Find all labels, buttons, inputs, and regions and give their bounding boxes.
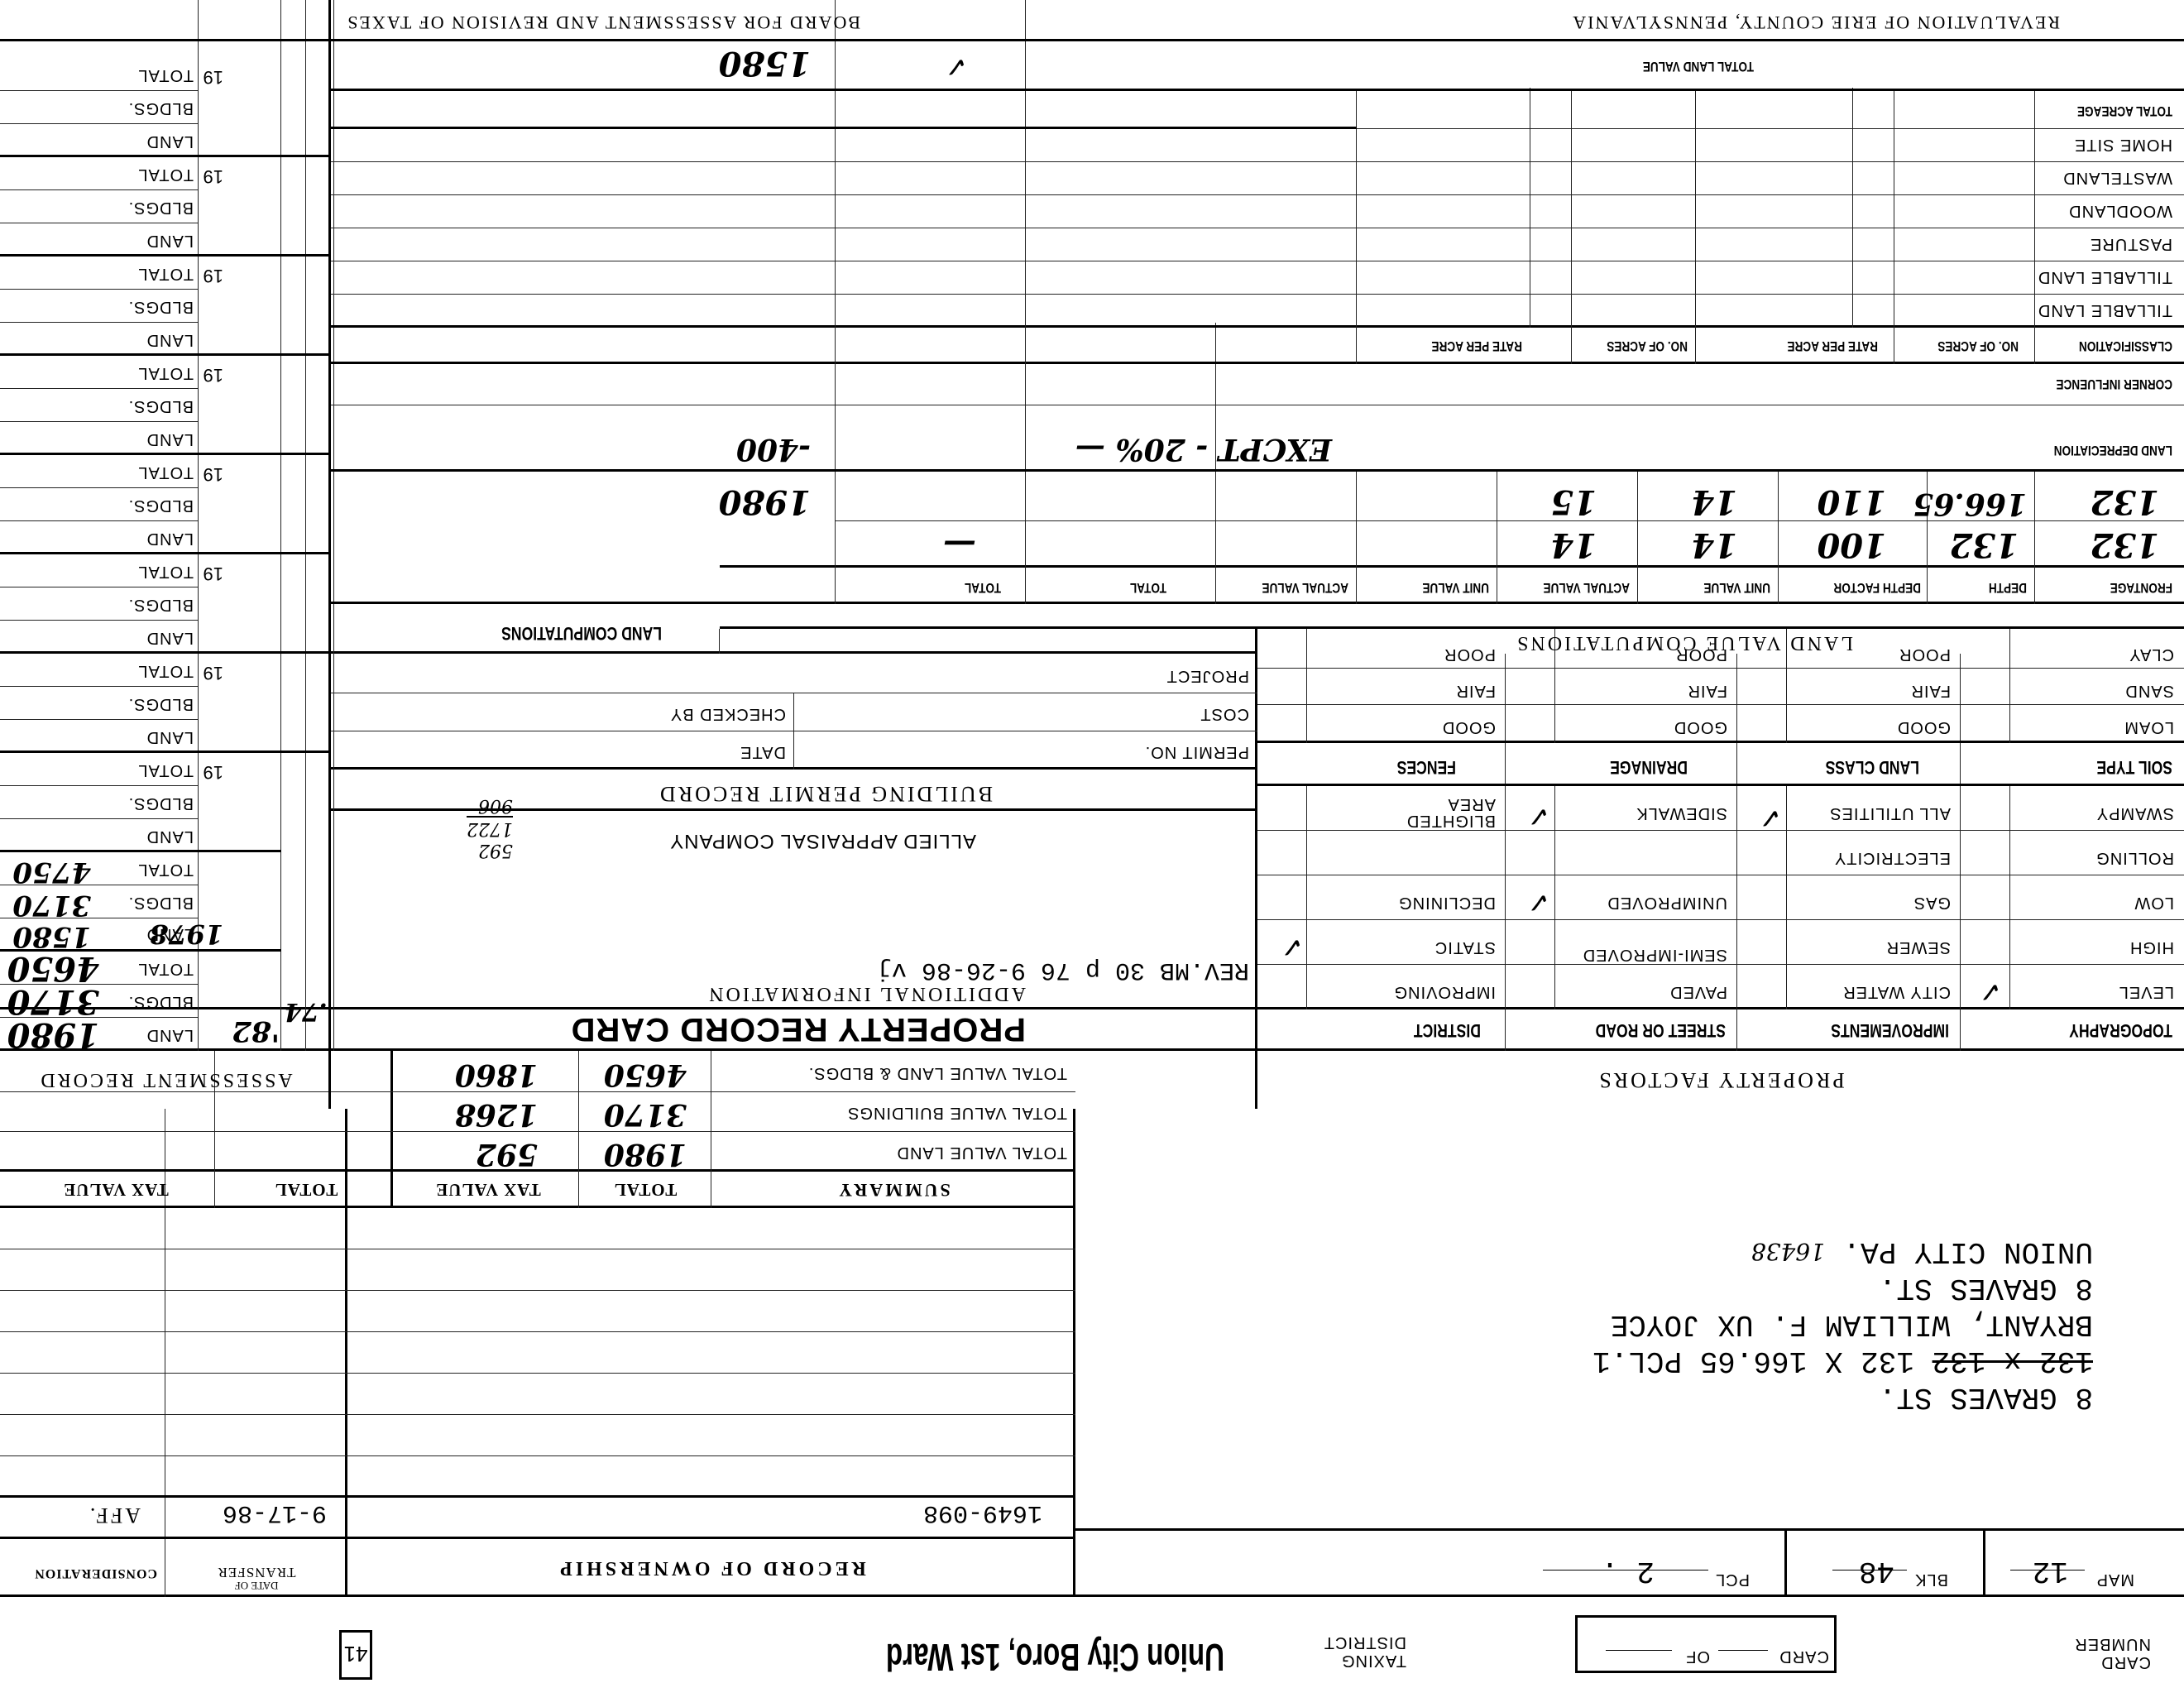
building-permit-title: BUILDING PERMIT RECORD: [658, 781, 993, 806]
pf-fences-good[interactable]: GOOD: [1442, 717, 1496, 736]
blk-label: BLK: [1914, 1570, 1948, 1589]
pf-header-drainage: DRAINAGE: [1610, 756, 1688, 778]
pf-improving[interactable]: IMPROVING: [1394, 982, 1496, 1001]
total-land-value-check-icon: ✓: [945, 50, 969, 83]
assessment-total-0: 4650: [7, 949, 99, 988]
pf-loam[interactable]: LOAM: [2124, 717, 2174, 736]
summary-row-land-total: 1980: [604, 1137, 687, 1172]
mailing-city: UNION CITY PA. 16438: [1592, 1233, 2093, 1269]
assessment-record-title-wrap: ASSESSMENT RECORD: [0, 1051, 331, 1109]
lc-header-total-2: TOTAL: [965, 579, 1001, 596]
mailing-city-text: UNION CITY PA.: [1843, 1235, 2093, 1268]
pf-unimproved[interactable]: UNIMPROVED: [1607, 893, 1727, 912]
classification-label: CLASSIFICATION: [2079, 338, 2172, 354]
pf-low[interactable]: LOW: [2134, 893, 2174, 912]
revaluation-header: REVALUATION OF ERIE COUNTY, PENNSYLVANIA: [1571, 12, 2060, 33]
additional-info-line: REV.MB 30 p 76 9-26-86 vj: [877, 952, 1249, 988]
pf-swampy[interactable]: SWAMPY: [2096, 803, 2174, 822]
map-value: 12: [2033, 1552, 2068, 1589]
card-of-box[interactable]: CARD OF: [1575, 1615, 1837, 1673]
pf-land-class-fair[interactable]: FAIR: [1911, 681, 1951, 700]
pf-header-fences: FENCES: [1397, 756, 1456, 778]
assessment-label-bldgs: BLDGS.: [128, 992, 194, 1011]
address-line-2-struck: 132 x 132: [1933, 1344, 2093, 1378]
assessment-label-total-1: TOTAL: [137, 860, 194, 879]
assessment-year-1: 1978: [199, 920, 223, 948]
assessment-label-land-1: LAND: [146, 924, 194, 943]
assessment-side-note-0: .74: [285, 997, 328, 1026]
cost-label: COST: [1200, 704, 1249, 723]
consideration-header: CONSIDERATION: [34, 1566, 157, 1580]
lc-row0-actual-value: 14: [1550, 525, 1597, 564]
acreage-table: CLASSIFICATION NO. OF ACRES RATE PER ACR…: [331, 0, 2184, 364]
land-computation-table: FRONTAGE DEPTH DEPTH FACTOR UNIT VALUE A…: [331, 323, 2184, 604]
address-line-2: 132 x 132 132 X 166.65 PCL.1: [1592, 1342, 2093, 1379]
parcel-id-row: MAP 12 BLK 48 PCL 2 .: [1075, 1531, 2184, 1597]
total-land-value: 1580: [719, 44, 811, 83]
summary-row-land-label: TOTAL VALUE LAND: [897, 1143, 1067, 1162]
blk-value: 48: [1859, 1552, 1894, 1589]
lc-row1-total: 1980: [719, 482, 811, 521]
pf-header-improvements: IMPROVEMENTS: [1831, 1019, 1949, 1041]
lc-header-actual-value-2: ACTUAL VALUE: [1262, 579, 1348, 596]
acreage-row-pasture: PASTURE: [2090, 234, 2172, 253]
pf-header-district: DISTRICT: [1414, 1019, 1481, 1041]
date-of-label: DATE OF: [174, 1579, 339, 1592]
board-header: BOARD FOR ASSESSMENT AND REVISION OF TAX…: [346, 12, 860, 33]
appraisal-company: ALLIED APPRAISAL COMPANY: [669, 829, 976, 852]
ownership-consideration: AFF.: [88, 1503, 141, 1527]
pf-header-topography: TOPOGRAPHY: [2069, 1019, 2172, 1041]
lc-header-unit-value-1: UNIT VALUE: [1703, 579, 1770, 596]
summary-col-tax-1: TAX VALUE: [397, 1172, 579, 1208]
address-line-2-dims: 132 X 166.65 PCL.1: [1592, 1344, 1914, 1378]
lc-row1-frontage: 132: [2091, 482, 2160, 521]
lc-row0-depth: 132: [1950, 525, 2019, 564]
pf-static[interactable]: STATIC: [1434, 938, 1496, 957]
owner-name: BRYANT, WILLIAM F. UX JOYCE: [1592, 1306, 2093, 1342]
pf-all-utilities[interactable]: ALL UTILITIES: [1829, 803, 1951, 822]
summary-title: SUMMARY: [711, 1172, 1075, 1208]
pf-land-class-poor[interactable]: POOR: [1899, 645, 1951, 664]
record-card-title-area: PROPERTY RECORD CARD: [331, 1009, 1257, 1109]
property-factors-grid: TOPOGRAPHY IMPROVEMENTS STREET OR ROAD D…: [1257, 633, 2184, 1051]
map-label: MAP: [2096, 1570, 2134, 1589]
of-label: OF: [1685, 1647, 1710, 1666]
assessment-label-land: LAND: [146, 1025, 194, 1044]
lc-header-depth: DEPTH: [1989, 579, 2027, 596]
pf-header-soil-type: SOIL TYPE: [2096, 756, 2172, 778]
pf-land-class-good[interactable]: GOOD: [1897, 717, 1951, 736]
lc-row0-frontage: 132: [2091, 525, 2160, 564]
pf-fences-fair[interactable]: FAIR: [1456, 681, 1496, 700]
taxing-district-label: TAXING DISTRICT: [1299, 1633, 1406, 1670]
acreage-row-tillable-1: TILLABLE LAND: [2038, 300, 2172, 319]
acreage-row-tillable-2: TILLABLE LAND: [2038, 267, 2172, 286]
acreage-row-wasteland: WASTELAND: [2062, 168, 2172, 187]
acreage-header-no-acres-2: NO. OF ACRES: [1607, 338, 1688, 354]
summary-col-total-1: TOTAL: [579, 1172, 711, 1208]
address-line-1: 8 GRAVES ST.: [1592, 1379, 2093, 1415]
pf-high[interactable]: HIGH: [2129, 938, 2174, 957]
pf-blighted-area[interactable]: BLIGHTED AREA: [1355, 796, 1496, 829]
lc-header-actual-value-1: ACTUAL VALUE: [1543, 579, 1630, 596]
lc-header-total-1: TOTAL: [1130, 579, 1166, 596]
pf-drainage-fair[interactable]: FAIR: [1688, 681, 1727, 700]
total-land-value-label: TOTAL LAND VALUE: [1643, 58, 1754, 74]
pf-sidewalk[interactable]: SIDEWALK: [1636, 803, 1727, 822]
lc-header-depth-factor: DEPTH FACTOR: [1833, 579, 1921, 596]
assessment-land-0: 1980: [7, 1015, 99, 1054]
land-depreciation-value: -400: [736, 432, 811, 467]
check-sidewalk-icon: ✓: [1527, 799, 1551, 832]
corner-influence-label: CORNER INFLUENCE: [2056, 376, 2172, 392]
check-level-icon: ✓: [1979, 975, 2003, 1008]
pf-gas[interactable]: GAS: [1913, 893, 1951, 912]
card-number-label: CARD NUMBER: [2060, 1635, 2151, 1671]
address-lines: 8 GRAVES ST. 132 x 132 132 X 166.65 PCL.…: [1592, 1233, 2093, 1415]
card-label: CARD: [1779, 1647, 1829, 1666]
ownership-title: RECORD OF OWNERSHIP: [347, 1539, 1075, 1597]
acreage-row-total-acreage: TOTAL ACREAGE: [2077, 103, 2172, 119]
summary-row-land-tax: 592: [476, 1137, 538, 1172]
pf-header-land-class: LAND CLASS: [1826, 756, 1919, 778]
pf-declining[interactable]: DECLINING: [1398, 893, 1496, 912]
acreage-row-home-site: HOME SITE: [2074, 135, 2172, 154]
pf-semi-improved[interactable]: SEMI-IMPROVED: [1562, 947, 1727, 963]
project-label: PROJECT: [1166, 666, 1249, 685]
land-depreciation-note: EXCPT - 20% —: [1075, 432, 1332, 467]
permit-no-label: PERMIT NO.: [1145, 742, 1249, 761]
land-depreciation-label: LAND DEPRECIATION: [2054, 442, 2172, 458]
acreage-header-rate-1: RATE PER ACRE: [1787, 338, 1878, 354]
summary-col-total-2: TOTAL: [223, 1172, 389, 1208]
check-unimproved-icon: ✓: [1527, 885, 1551, 918]
assessment-land-1: 1580: [12, 920, 91, 953]
pcl-value: 2 .: [1601, 1552, 1655, 1589]
property-factors-title: PROPERTY FACTORS: [1257, 1051, 2184, 1109]
assessment-record-title: ASSESSMENT RECORD: [38, 1069, 292, 1091]
assessment-bldgs-1: 3170: [12, 889, 91, 922]
margin-note-1: 906: [467, 794, 513, 816]
ownership-record-ref: 1649-098: [923, 1494, 1042, 1531]
pf-header-street: STREET OR ROAD: [1596, 1019, 1726, 1041]
pf-city-water[interactable]: CITY WATER: [1842, 982, 1951, 1001]
date-label: DATE: [740, 742, 786, 761]
assessment-total-1: 4750: [12, 856, 91, 889]
lc-row1-depth-factor: 110: [1818, 482, 1887, 521]
taxing-district-name: Union City Boro, 1st Ward: [886, 1635, 1224, 1680]
pf-fences-poor[interactable]: POOR: [1444, 645, 1496, 664]
ownership-transfer-date: 9-17-86: [223, 1494, 327, 1531]
pf-paved[interactable]: PAVED: [1669, 982, 1727, 1001]
land-computations-side-title: LAND COMPUTATIONS: [501, 622, 662, 644]
assessment-label-bldgs-1: BLDGS.: [128, 893, 194, 912]
margin-note-2: 1722: [467, 816, 513, 839]
pf-clay[interactable]: CLAY: [2129, 645, 2174, 664]
lc-row1-actual-value: 15: [1550, 482, 1597, 521]
land-value-computations-title: LAND VALUE COMPUTATIONS: [1515, 631, 1853, 654]
district-box-number: 41: [339, 1630, 372, 1680]
checked-by-label: CHECKED BY: [670, 704, 786, 723]
pf-electricity[interactable]: ELECTRICITY: [1834, 848, 1951, 867]
pf-drainage-good[interactable]: GOOD: [1674, 717, 1727, 736]
property-record-card-title: PROPERTY RECORD CARD: [331, 1009, 1257, 1049]
pf-rolling[interactable]: ROLLING: [2095, 848, 2174, 867]
pf-level[interactable]: LEVEL: [2119, 982, 2174, 1001]
lc-row0-unit-value: 14: [1691, 525, 1737, 564]
check-all-utilities-icon: ✓: [1759, 801, 1783, 834]
lc-row1-unit-value: 14: [1691, 482, 1737, 521]
assessment-empty-blocks: LANDBLDGS.TOTAL LANDBLDGS.TOTAL LANDBLDG…: [0, 0, 199, 852]
mailing-street: 8 GRAVES ST.: [1592, 1269, 2093, 1306]
lc-row0-depth-factor: 100: [1818, 525, 1887, 564]
lc-header-frontage: FRONTAGE: [2110, 579, 2172, 596]
acreage-header-rate-2: RATE PER ACRE: [1431, 338, 1522, 354]
property-record-card: CARD NUMBER CARD OF TAXING DISTRICT Unio…: [0, 0, 2184, 1688]
pf-sand[interactable]: SAND: [2124, 681, 2174, 700]
pf-sewer[interactable]: SEWER: [1886, 938, 1951, 957]
mailing-zip: 16438: [1751, 1238, 1825, 1265]
check-static-icon: ✓: [1281, 930, 1305, 963]
assessment-bldgs-0: 3170: [7, 982, 99, 1021]
lc-row1-depth: 166.65: [1913, 487, 2027, 521]
margin-note-3: 592: [467, 839, 513, 861]
lc-header-unit-value-2: UNIT VALUE: [1422, 579, 1489, 596]
assessment-year-0: '82: [232, 1014, 280, 1048]
acreage-header-no-acres-1: NO. OF ACRES: [1937, 338, 2019, 354]
pcl-label: PCL: [1715, 1570, 1750, 1589]
date-of-transfer-header: DATE OF TRANSFER: [174, 1566, 339, 1592]
margin-notes: 592 1722 906: [467, 794, 513, 861]
lc-row0-total: —: [943, 525, 976, 564]
acreage-row-woodland: WOODLAND: [2068, 201, 2172, 220]
assessment-label-total: TOTAL: [137, 959, 194, 978]
transfer-label: TRANSFER: [174, 1566, 339, 1579]
summary-col-tax-2: TAX VALUE: [17, 1172, 215, 1208]
assessment-year-prefixes: 191919 191919 1919: [199, 0, 223, 852]
